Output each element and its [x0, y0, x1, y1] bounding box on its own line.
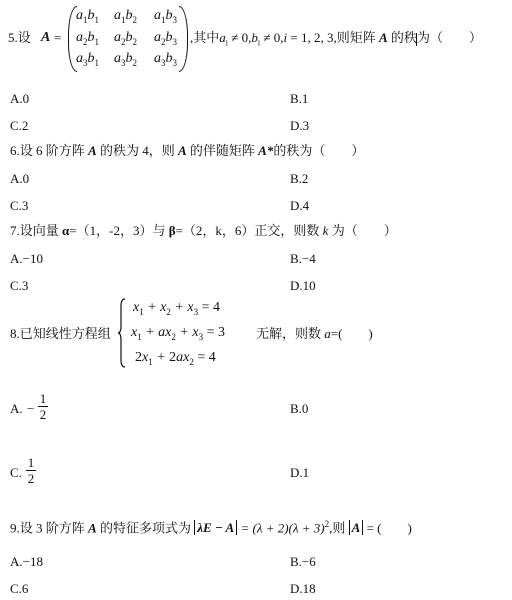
q7-option-a[interactable]: A.−10: [10, 251, 43, 267]
q6-stem: 6.设 6 阶方阵 A 的秩为 4，则 A 的伴随矩阵 A*的秩为（ ）: [10, 143, 364, 159]
q5-matrix: a1b1 a1b2 a1b3 a2b1 a2b2 a2b3 a3b1 a3b2 …: [68, 6, 188, 70]
text: 6.设 6 阶方阵: [10, 143, 88, 158]
matrix-cell: a2b2: [114, 30, 137, 47]
matrix-cell: a1b3: [154, 8, 177, 25]
text: =（2，k，6）正交，则数: [176, 223, 323, 238]
text: 无解，则数: [256, 326, 324, 341]
q8-equation-3: 2x1 + 2ax2 = 4: [135, 350, 216, 367]
option-label: C.: [10, 465, 22, 481]
q8-equation-2: x1 + ax2 + x3 = 3: [131, 325, 225, 342]
text: 则矩阵: [337, 30, 376, 45]
q7-stem: 7.设向量 α=（1，-2，3）与 β=（2，k，6）正交，则数 k 为（ ）: [10, 223, 397, 239]
q8-option-d[interactable]: D.1: [290, 465, 309, 481]
matrix-cell: a3b3: [154, 51, 177, 68]
numerator: 1: [28, 455, 35, 470]
text: ≠ 0,: [228, 30, 251, 45]
q7-option-d[interactable]: D.10: [290, 278, 316, 294]
q5-matrix-name: A: [41, 30, 50, 46]
q9-option-b[interactable]: B.−6: [290, 554, 316, 570]
text: 的特征多项式为: [97, 520, 191, 535]
matrix-cell: a1b2: [114, 8, 137, 25]
text: 为（ ）: [328, 223, 396, 238]
right-paren: [179, 6, 188, 72]
q5-option-d[interactable]: D.3: [290, 118, 309, 134]
q6-option-c[interactable]: C.3: [10, 198, 28, 214]
q9-option-c[interactable]: C.6: [10, 581, 28, 597]
determinant-A: A: [349, 520, 364, 535]
text: = 1, 2, 3,: [287, 30, 337, 45]
var-A: A: [178, 143, 187, 158]
q5-option-c[interactable]: C.2: [10, 118, 28, 134]
denominator: 2: [40, 407, 47, 422]
q6-option-b[interactable]: B.2: [290, 171, 308, 187]
text: 的伴随矩阵: [187, 143, 259, 158]
matrix-cell: a1b1: [76, 8, 99, 25]
q5-stem-prefix: 5.设: [8, 30, 31, 46]
numerator: 1: [40, 391, 47, 406]
q5-stem-suffix: ,其中ai ≠ 0,bi ≠ 0,i = 1, 2, 3,则矩阵 A 的秩为（ …: [190, 30, 482, 52]
matrix-cell: a3b2: [114, 51, 137, 68]
q6-option-d[interactable]: D.4: [290, 198, 309, 214]
denominator: 2: [28, 471, 35, 486]
fraction: 1 2: [38, 391, 48, 422]
var-A: A: [88, 143, 97, 158]
text: 9.设 3 阶方阵: [10, 520, 88, 535]
q5-equals: =: [54, 30, 61, 46]
minus-sign: −: [27, 401, 34, 417]
text: 的秩: [391, 30, 417, 45]
option-label: A.: [10, 401, 23, 417]
q5-option-b[interactable]: B.1: [290, 91, 308, 107]
q8-stem-suffix: 无解，则数 a=( ): [256, 326, 373, 342]
q8-stem-prefix: 8.已知线性方程组: [10, 326, 111, 342]
q9-option-a[interactable]: A.−18: [10, 554, 43, 570]
matrix-cell: a2b1: [76, 30, 99, 47]
q7-option-c[interactable]: C.3: [10, 278, 28, 294]
q8-option-b[interactable]: B.0: [290, 401, 308, 417]
text: ,其中: [190, 30, 219, 45]
text: 的秩为 4，则: [97, 143, 178, 158]
matrix-cell: a3b1: [76, 51, 99, 68]
rhs-expression: = (λ + 2)(λ + 3): [237, 520, 324, 535]
var-A: A: [379, 30, 388, 45]
text: 为（ ）: [417, 30, 482, 45]
matrix-cell: a2b3: [154, 30, 177, 47]
q8-equation-1: x1 + x2 + x3 = 4: [133, 300, 220, 317]
q6-option-a[interactable]: A.0: [10, 171, 29, 187]
q5-option-a[interactable]: A.0: [10, 91, 29, 107]
text: =( ): [331, 326, 373, 341]
text: 7.设向量: [10, 223, 62, 238]
text: =（1，-2，3）与: [69, 223, 168, 238]
var-A-star: A*: [258, 143, 273, 158]
q9-option-d[interactable]: D.18: [290, 581, 316, 597]
q9-stem: 9.设 3 阶方阵 A 的特征多项式为 λE − A = (λ + 2)(λ +…: [10, 516, 412, 536]
var-A: A: [88, 520, 97, 535]
left-brace-icon: [118, 298, 126, 368]
var-beta: β: [169, 223, 176, 238]
text: ≠ 0,: [260, 30, 283, 45]
q7-option-b[interactable]: B.−4: [290, 251, 316, 267]
text: 的秩为（ ）: [273, 143, 364, 158]
text: ,则: [329, 520, 349, 535]
determinant-expression: λE − A: [194, 520, 237, 535]
fraction: 1 2: [26, 455, 36, 486]
text: = ( ): [363, 520, 412, 535]
